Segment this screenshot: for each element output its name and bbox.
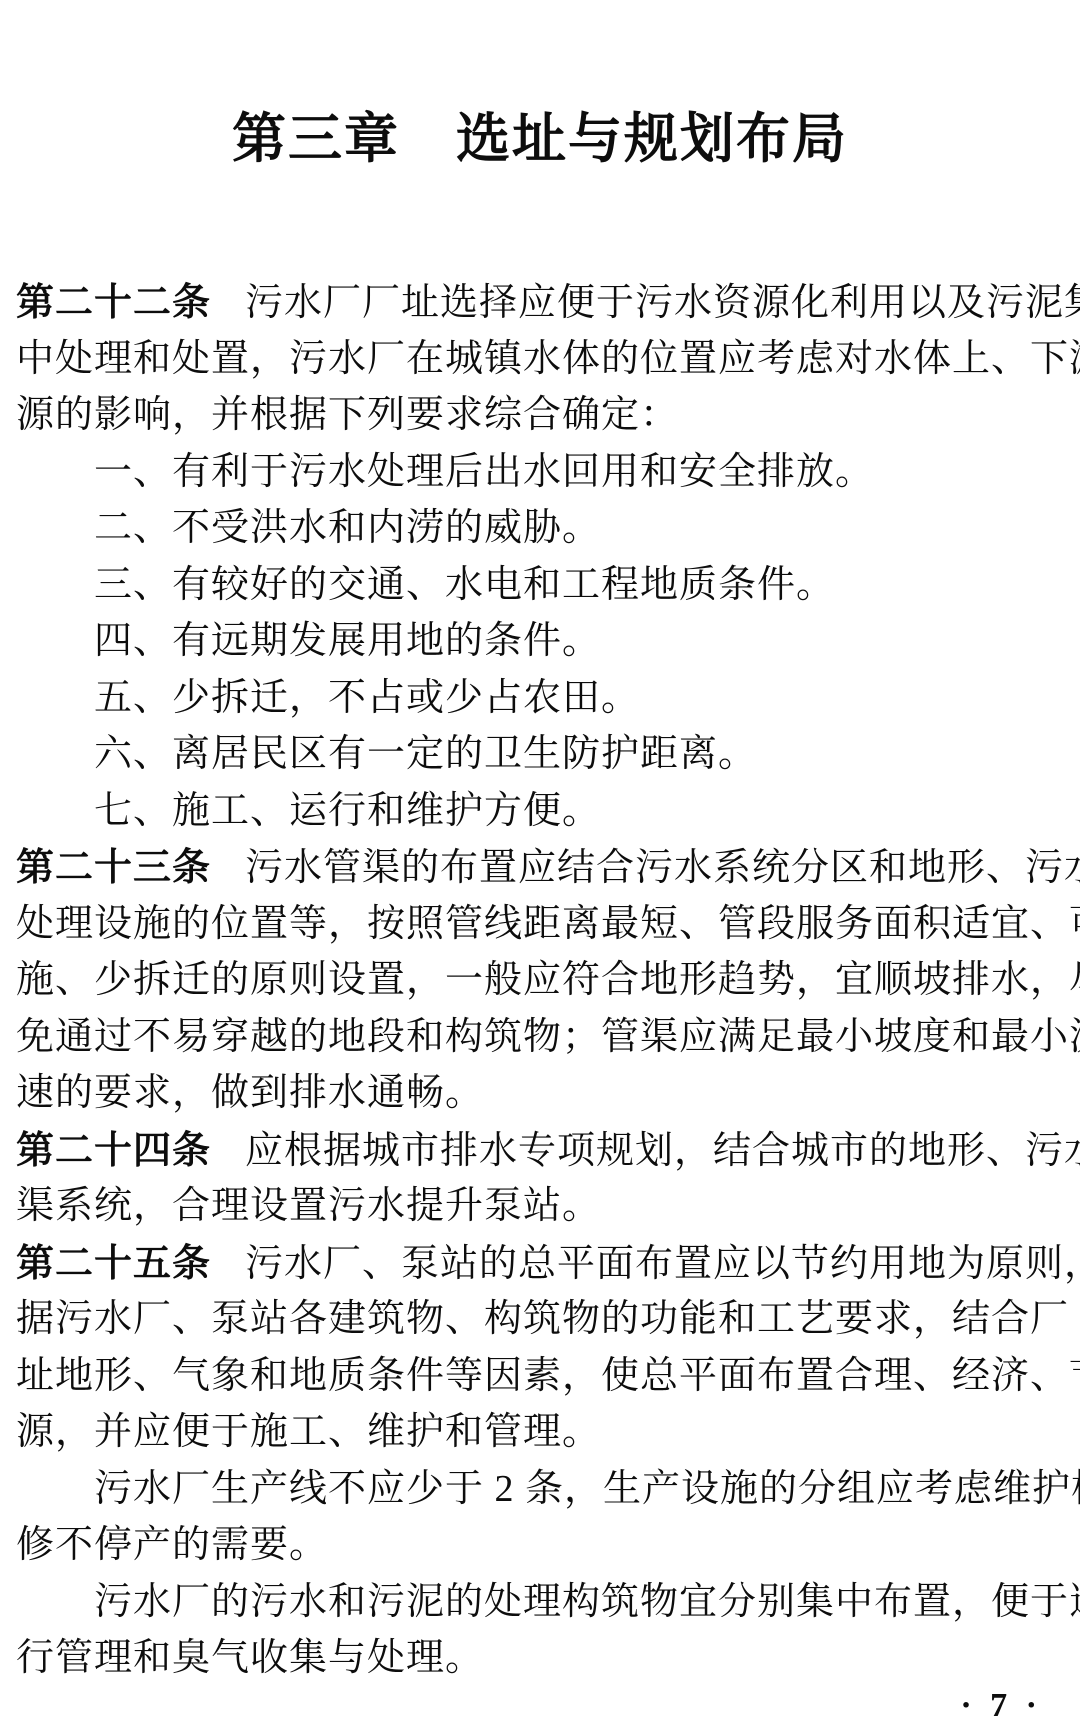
- list-item-line: 一、有利于污水处理后出水回用和安全排放。: [16, 444, 1070, 501]
- text-line: 速的要求，做到排水通畅。: [16, 1065, 1070, 1122]
- article-number-label: 第二十二条: [16, 280, 211, 324]
- text-line: 源，并应便于施工、维护和管理。: [16, 1404, 1070, 1461]
- text-line: 处理设施的位置等，按照管线距离最短、管段服务面积适宜、可实: [16, 896, 1070, 953]
- text-line: 污水厂的污水和污泥的处理构筑物宜分别集中布置，便于运: [16, 1574, 1070, 1631]
- article-number-label: 第二十四条: [16, 1128, 211, 1172]
- text-line: 渠系统，合理设置污水提升泵站。: [16, 1178, 1070, 1235]
- article-text: 应根据城市排水专项规划，结合城市的地形、污水管: [245, 1130, 1080, 1172]
- list-item-line: 四、有远期发展用地的条件。: [16, 613, 1070, 670]
- chapter-title: 第三章 选址与规划布局: [0, 108, 1080, 170]
- list-item-line: 三、有较好的交通、水电和工程地质条件。: [16, 557, 1070, 614]
- list-item-line: 二、不受洪水和内涝的威胁。: [16, 500, 1070, 557]
- text-line: 据污水厂、泵站各建筑物、构筑物的功能和工艺要求，结合厂（站）: [16, 1291, 1070, 1348]
- text-line: 施、少拆迁的原则设置，一般应符合地形趋势，宜顺坡排水，尽量避: [16, 952, 1070, 1009]
- article-line: 第二十三条污水管渠的布置应结合污水系统分区和地形、污水: [16, 839, 1070, 896]
- text-line: 修不停产的需要。: [16, 1517, 1070, 1574]
- list-item-line: 六、离居民区有一定的卫生防护距离。: [16, 726, 1070, 783]
- article-line: 第二十二条污水厂厂址选择应便于污水资源化利用以及污泥集: [16, 274, 1070, 331]
- text-line: 址地形、气象和地质条件等因素，使总平面布置合理、经济、节约能: [16, 1348, 1070, 1405]
- document-page: 第三章 选址与规划布局 第二十二条污水厂厂址选择应便于污水资源化利用以及污泥集 …: [0, 0, 1080, 1733]
- article-line: 第二十五条污水厂、泵站的总平面布置应以节约用地为原则，根: [16, 1235, 1070, 1292]
- text-line: 中处理和处置，污水厂在城镇水体的位置应考虑对水体上、下游水: [16, 331, 1070, 388]
- text-line: 污水厂生产线不应少于 2 条，生产设施的分组应考虑维护检: [16, 1461, 1070, 1518]
- text-line: 源的影响，并根据下列要求综合确定：: [16, 387, 1070, 444]
- article-number-label: 第二十三条: [16, 845, 211, 889]
- article-text: 污水厂、泵站的总平面布置应以节约用地为原则，根: [245, 1243, 1080, 1285]
- list-item-line: 七、施工、运行和维护方便。: [16, 783, 1070, 840]
- text-line: 行管理和臭气收集与处理。: [16, 1630, 1070, 1687]
- body-text: 第二十二条污水厂厂址选择应便于污水资源化利用以及污泥集 中处理和处置，污水厂在城…: [16, 274, 1070, 1687]
- article-line: 第二十四条应根据城市排水专项规划，结合城市的地形、污水管: [16, 1122, 1070, 1179]
- text-line: 免通过不易穿越的地段和构筑物；管渠应满足最小坡度和最小流: [16, 1009, 1070, 1066]
- list-item-line: 五、少拆迁，不占或少占农田。: [16, 670, 1070, 727]
- page-number: · 7 ·: [960, 1686, 1042, 1726]
- article-text: 污水厂厂址选择应便于污水资源化利用以及污泥集: [245, 282, 1080, 324]
- article-number-label: 第二十五条: [16, 1241, 211, 1285]
- article-text: 污水管渠的布置应结合污水系统分区和地形、污水: [245, 847, 1080, 889]
